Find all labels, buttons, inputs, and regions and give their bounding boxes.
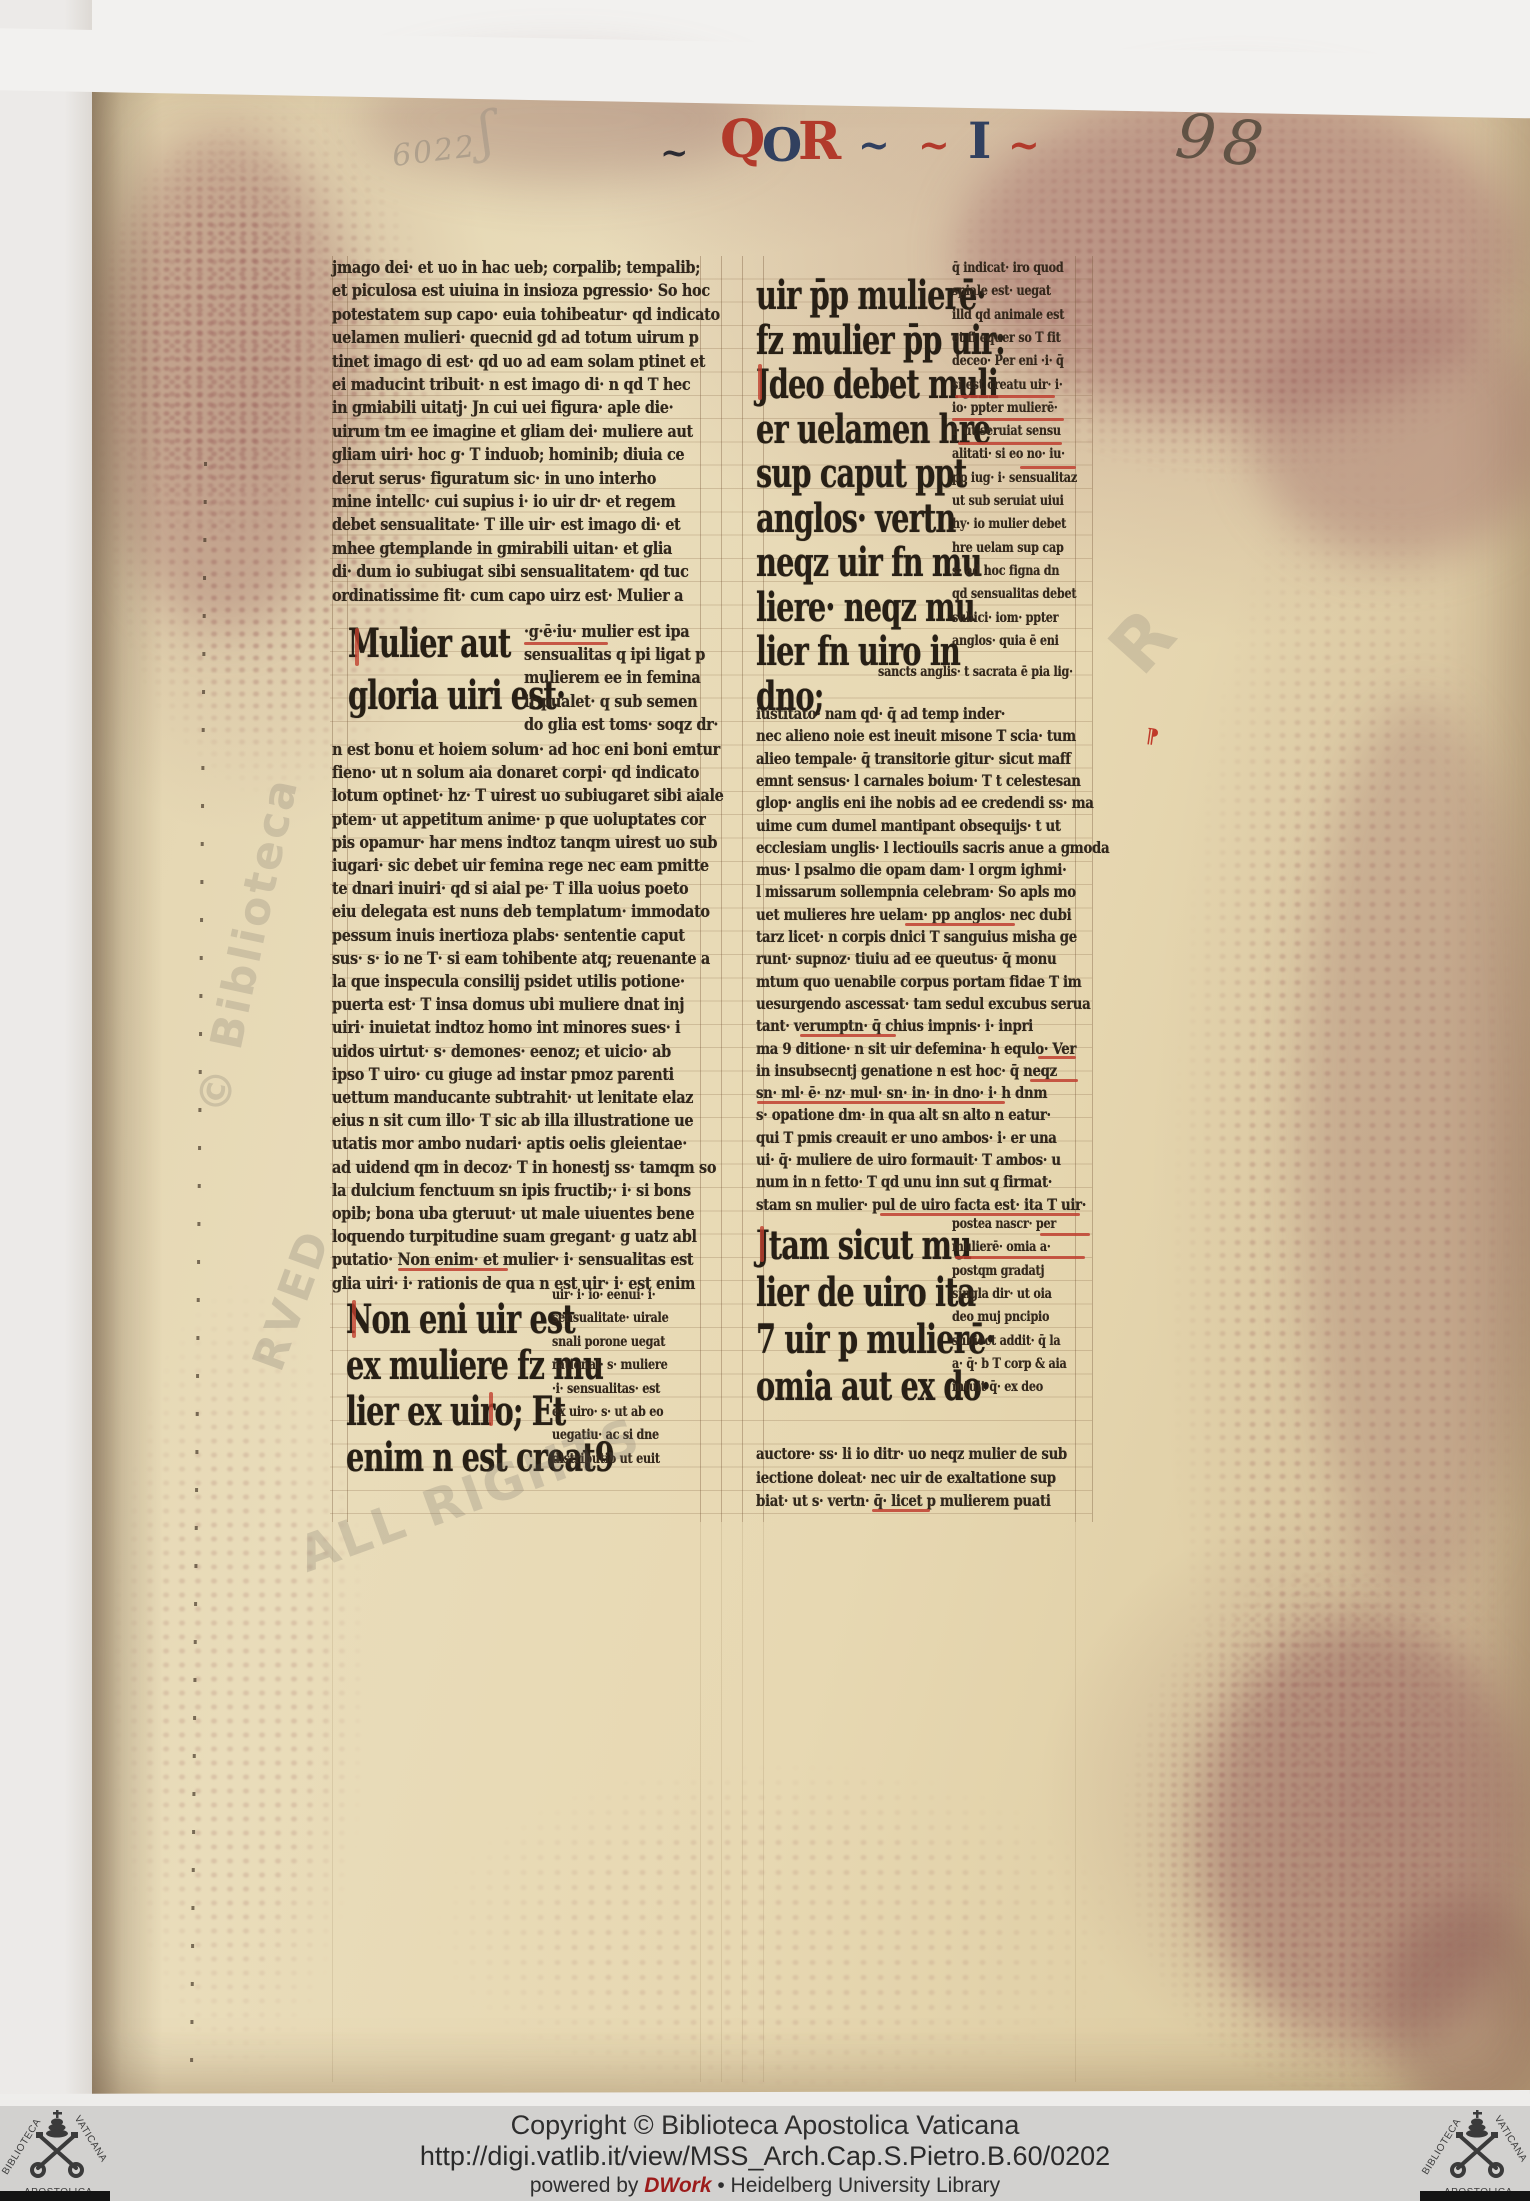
gloss-line: uesurgendo ascessat· tam sedul excubus s… bbox=[756, 994, 1090, 1013]
gloss-line: ecclesiam unglis· l lectiouils sacris an… bbox=[756, 838, 1109, 857]
logo-black-band bbox=[1420, 2191, 1530, 2201]
gloss-line: spiale est· uegat bbox=[952, 283, 1051, 299]
gloss-line: sensualitate· uirale bbox=[552, 1310, 668, 1326]
gloss-line: iectione doleat· nec uir de exaltatione … bbox=[756, 1468, 1056, 1487]
gloss-line: derut serus· figuratum sic· in uno inter… bbox=[332, 469, 656, 489]
vatican-library-logo-right: BIBLIOTECA APOSTOLICA VATICANA bbox=[1420, 2106, 1530, 2201]
running-title-char: Q bbox=[720, 114, 765, 166]
gloss-line: uirum tm ee imagine et gliam dei· mulier… bbox=[332, 422, 693, 442]
gloss-line: pessum inuis inertioza plabs· sententie … bbox=[332, 926, 685, 946]
gloss-line: mus· l psalmo die opam dam· l orgm ighmi… bbox=[756, 860, 1066, 879]
gloss-line: ipso T uiro· cu giuge ad instar pmoz par… bbox=[332, 1065, 674, 1085]
gloss-line: potestatem sup capo· euia tohibeatur· qd… bbox=[332, 305, 720, 325]
vertical-ruling-line bbox=[332, 1522, 333, 2082]
gloss-line: loquendo turpitudine suam gregant· g uat… bbox=[332, 1227, 697, 1247]
vertical-ruling-line bbox=[1092, 256, 1093, 1522]
red-underline bbox=[398, 1268, 508, 1271]
gloss-line: s· ad hoc figna dn bbox=[952, 563, 1059, 579]
gloss-line: q̄ indicat· iro quod bbox=[952, 260, 1064, 276]
logo-text-right: VATICANA bbox=[1492, 2114, 1529, 2164]
gloss-line: postqm gradatj bbox=[952, 1263, 1044, 1279]
gloss-line: snali porone uegat bbox=[552, 1334, 665, 1350]
gloss-line: mulierē· omia a· bbox=[952, 1239, 1051, 1255]
vertical-ruling-line bbox=[742, 256, 743, 1522]
gloss-line: rational· s· muliere bbox=[552, 1357, 667, 1373]
running-title-char: R bbox=[798, 116, 841, 168]
gloss-line: la que inspecula consilij psidet utilis … bbox=[332, 972, 685, 992]
red-initial-accent bbox=[489, 1392, 493, 1426]
gloss-line: glop· anglis eni ihe nobis ad ee credend… bbox=[756, 793, 1094, 812]
vatican-emblem-icon: BIBLIOTECA APOSTOLICA VATICANA bbox=[1420, 2106, 1530, 2201]
red-underline bbox=[800, 1034, 896, 1037]
running-title-char: ~ bbox=[858, 126, 890, 164]
vertical-ruling-line bbox=[700, 256, 701, 1522]
gloss-line: pp iug· i· sensualitaz bbox=[952, 470, 1077, 486]
gloss-line: eius n sit cum illo· T sic ab illa illus… bbox=[332, 1111, 693, 1131]
gloss-line: anglos· quia ē eni bbox=[952, 633, 1059, 649]
vatican-library-logo-left: BIBLIOTECA APOSTOLICA VATICANA bbox=[0, 2106, 110, 2201]
logo-text-right: VATICANA bbox=[72, 2114, 109, 2164]
gloss-line: i· ut seruiat sensu bbox=[952, 423, 1061, 439]
gloss-line: emnt sensus· l carnales boium· T t celes… bbox=[756, 771, 1081, 790]
red-underline bbox=[955, 395, 1055, 398]
gloss-line: do glia est toms· soqz dr· bbox=[524, 715, 718, 735]
gloss-line: a· q̄· b T corp & aia bbox=[952, 1356, 1067, 1372]
gloss-line: si est creatu uir· i· bbox=[952, 377, 1063, 393]
book-gutter-shadow bbox=[88, 60, 162, 2098]
gloss-line: num in n fetto· T qd unu inn sut q firma… bbox=[756, 1172, 1052, 1191]
scanned-manuscript-photo: 6022 ʃ 98 Copyright © Biblioteca Apostol… bbox=[0, 0, 1530, 2201]
gloss-line: intuit q̄· ex deo bbox=[952, 1379, 1043, 1395]
gloss-line: runt· supnoz· tiuiu ad ee queutus· q̄ mo… bbox=[756, 949, 1056, 968]
gloss-line: uime cum dumel mantipant obsequijs· t ut bbox=[756, 816, 1061, 835]
gloss-line: postea nascr· per bbox=[952, 1216, 1056, 1232]
gloss-line: sn· ml· ē· nz· mul· sn· in· in dno· i· h… bbox=[756, 1083, 1047, 1102]
red-initial-accent bbox=[352, 1300, 356, 1338]
vertical-ruling-line bbox=[1075, 1522, 1076, 2082]
gloss-line: sus· s· io ne T· si eam tohibente atq; r… bbox=[332, 949, 710, 969]
vertical-ruling-line bbox=[700, 1522, 701, 2082]
gloss-line: iustitato· nam qd· q̄ ad temp inder· bbox=[756, 704, 1005, 723]
gloss-line: et piculosa est uiuina in insioza pgress… bbox=[332, 281, 710, 301]
powered-by-suffix: • Heidelberg University Library bbox=[712, 2174, 1001, 2197]
gloss-line: n est bonu et hoiem solum· ad hoc eni bo… bbox=[332, 740, 720, 760]
gloss-line: ad uidend qm in decoz· T in honestj ss· … bbox=[332, 1158, 716, 1178]
url-line: http://digi.vatlib.it/view/MSS_Arch.Cap.… bbox=[0, 2141, 1530, 2172]
gloss-line: uelamen mulieri· quecnid gd ad totum uir… bbox=[332, 328, 699, 348]
logo-black-band bbox=[0, 2191, 110, 2201]
red-underline bbox=[1030, 1079, 1078, 1082]
footer-bar: Copyright © Biblioteca Apostolica Vatica… bbox=[0, 2106, 1530, 2201]
gloss-line: opib; bona uba gteruut· ut male uiuentes… bbox=[332, 1204, 694, 1224]
gloss-line: auctore· ss· li io ditr· uo neqz mulier … bbox=[756, 1444, 1067, 1463]
running-title-char: ~ bbox=[660, 136, 689, 170]
gloss-line: ptem· ut appetitum anime· p que uoluptat… bbox=[332, 810, 706, 830]
lemma-line: neqz uir fn mu bbox=[756, 539, 982, 586]
gloss-line: in insubsecntj genatione n est hoc· q̄ n… bbox=[756, 1061, 1057, 1080]
red-underline bbox=[952, 418, 1064, 421]
vertical-ruling-line bbox=[742, 1522, 743, 2082]
vertical-ruling-line bbox=[721, 256, 722, 1522]
gloss-line: sancts anglis· t sacrata ē pia lig· bbox=[878, 664, 1073, 680]
gloss-line: ordinatissime fit· cum capo uirz est· Mu… bbox=[332, 586, 683, 606]
gloss-line: lotum optinet· hz· T uirest uo subiugare… bbox=[332, 786, 724, 806]
lemma-line: anglos· vertn bbox=[756, 495, 955, 542]
gloss-line: debet sensualitate· T ille uir· est imag… bbox=[332, 515, 680, 535]
lemma-line: lier de uiro ita bbox=[756, 1269, 975, 1316]
gloss-line: in gmiabili uitatj· Jn cui uei figura· a… bbox=[332, 398, 673, 418]
gloss-line: di· dum io subiugat sibi sensualitatem· … bbox=[332, 562, 689, 582]
vatican-emblem-icon: BIBLIOTECA APOSTOLICA VATICANA bbox=[0, 2106, 110, 2201]
red-underline bbox=[757, 1101, 1005, 1104]
gloss-line: uet mulieres hre uelam· pp anglos· nec d… bbox=[756, 905, 1071, 924]
gloss-line: ui· q̄· muliere de uiro formauit· T ambo… bbox=[756, 1150, 1061, 1169]
running-title-char: I bbox=[968, 116, 991, 166]
lemma-line: Mulier aut bbox=[348, 620, 510, 667]
red-underline bbox=[524, 642, 608, 645]
red-underline bbox=[872, 1509, 930, 1512]
gloss-line: s· opatione dm· in qua alt sn alto n eat… bbox=[756, 1105, 1051, 1124]
red-underline bbox=[905, 923, 1015, 926]
gloss-line: mhee gtemplande in gmirabili uitan· et g… bbox=[332, 539, 672, 559]
red-underline bbox=[1020, 466, 1076, 469]
gloss-line: ut sub seruiat uiui bbox=[952, 493, 1064, 509]
gloss-line: tinet imago di est· qd uo ad eam solam p… bbox=[332, 352, 705, 372]
lemma-line: sup caput ppt bbox=[756, 450, 966, 497]
red-initial-accent bbox=[355, 628, 359, 666]
gloss-line: subiect addit· q̄ la bbox=[952, 1333, 1060, 1349]
red-underline bbox=[958, 442, 1062, 445]
gloss-line: ·g·ē·iu· mulier est ipa bbox=[524, 622, 689, 642]
red-underline bbox=[955, 1256, 1085, 1259]
gloss-line: la dulcium fenctuum sn ipis fructib;· i·… bbox=[332, 1181, 691, 1201]
gloss-line: mtum quo uenabile corpus portam fidae T … bbox=[756, 972, 1081, 991]
gloss-line: gliam uiri· hoc g· T induob; hominib; di… bbox=[332, 445, 684, 465]
gloss-line: singla dir· ut oia bbox=[952, 1286, 1052, 1302]
running-title-char: ~ bbox=[918, 126, 950, 164]
gloss-line: uettum manducante subtrahit· ut lenitate… bbox=[332, 1088, 693, 1108]
speckle-texture bbox=[1120, 1560, 1530, 2100]
dwork-brand: DWork bbox=[644, 2174, 711, 2197]
running-title-char: O bbox=[762, 122, 802, 168]
powered-by-line: powered by DWork • Heidelberg University… bbox=[0, 2174, 1530, 2198]
gloss-line: illd qd animale est bbox=[952, 307, 1064, 323]
gloss-line: jmago dei· et uo in hac ueb; corpalib; t… bbox=[332, 258, 700, 278]
vertical-ruling-line bbox=[763, 1522, 764, 2082]
gloss-line: uidos uirtut· s· demones· eenoz; et uici… bbox=[332, 1042, 671, 1062]
folio-number: 98 bbox=[1172, 98, 1275, 182]
gloss-line: deo muj pncipio bbox=[952, 1309, 1049, 1325]
red-initial-accent bbox=[760, 1226, 764, 1262]
red-underline bbox=[880, 1213, 1080, 1216]
gloss-line: qd sensualitas debet bbox=[952, 586, 1076, 602]
scan-backing-left bbox=[0, 0, 92, 2106]
gloss-line: pis opamur· har mens indtoz tanqm uirest… bbox=[332, 833, 717, 853]
gloss-line: nec alieno noie est ineuit misone T scia… bbox=[756, 726, 1076, 745]
gloss-line: ·i· sensualitas· est bbox=[552, 1381, 660, 1397]
lemma-line: liere· neqz mu bbox=[756, 584, 975, 631]
copyright-line: Copyright © Biblioteca Apostolica Vatica… bbox=[0, 2110, 1530, 2141]
gloss-line: alitati· si eo no· iu· bbox=[952, 446, 1065, 462]
gloss-line: puerta est· T insa domus ubi muliere dna… bbox=[332, 995, 684, 1015]
gloss-line: mulierem ee in femina bbox=[524, 668, 700, 688]
gloss-line: l missarum sollempnia celebram· So apls … bbox=[756, 882, 1076, 901]
red-underline bbox=[1038, 1056, 1076, 1059]
red-underline bbox=[1040, 1233, 1090, 1236]
running-title-char: ~ bbox=[1008, 126, 1040, 164]
gloss-line: subici· iom· ppter bbox=[952, 610, 1058, 626]
gloss-line: hy· io mulier debet bbox=[952, 516, 1066, 532]
gloss-line: utatis mor ambo nudari· aptis oelis glei… bbox=[332, 1134, 687, 1154]
gloss-line: tant· verumptn· q̄ chius impnis· i· inpr… bbox=[756, 1016, 1033, 1035]
gloss-line: iugari· sic debet uir femina rege nec ea… bbox=[332, 856, 709, 876]
speckle-texture bbox=[430, 1760, 1130, 2100]
gloss-line: hre uelam sup cap bbox=[952, 540, 1064, 556]
gloss-line: eiu delegata est nuns deb templatum· imm… bbox=[332, 902, 710, 922]
gloss-line: et fi equer so T fit bbox=[952, 330, 1061, 346]
gloss-line: qui T pmis creauit er uno ambos· i· er u… bbox=[756, 1128, 1057, 1147]
gloss-line: ei maducint tribuit· n est imago di· n q… bbox=[332, 375, 690, 395]
gloss-line: ma 9 ditione· n sit uir defemina· h equl… bbox=[756, 1039, 1076, 1058]
gloss-line: mine intellc· cui supius i· io uir dr· e… bbox=[332, 492, 675, 512]
gloss-line: tarz licet· n corpis dnici T sanguius mi… bbox=[756, 927, 1077, 946]
gloss-line: biat· ut s· vertn· q̄· licet p mulierem … bbox=[756, 1491, 1051, 1510]
powered-by-prefix: powered by bbox=[530, 2174, 644, 2197]
gloss-line: putatio· Non enim· et mulier· i· sensual… bbox=[332, 1250, 693, 1270]
gloss-line: sensualitas q ipi ligat p bbox=[524, 645, 705, 665]
gloss-line: te dnari inuiri· qd si aial pe· T illa u… bbox=[332, 879, 688, 899]
lemma-line: lier ex uiro; Et bbox=[346, 1388, 565, 1435]
gloss-line: io· ppter mulierē· bbox=[952, 400, 1058, 416]
gloss-line: ir pualet· q sub semen bbox=[524, 692, 697, 712]
gloss-line: alieo tempale· q̄ transitorie gitur· sic… bbox=[756, 749, 1071, 768]
gloss-line: stam sn mulier· pul de uiro facta est· i… bbox=[756, 1195, 1086, 1214]
gloss-line: uiri· inuietat indtoz homo int minores s… bbox=[332, 1018, 680, 1038]
vertical-ruling-line bbox=[721, 1522, 722, 2082]
gloss-line: fieno· ut n solum aia donaret corpi· qd … bbox=[332, 763, 699, 783]
gloss-line: deceo· Per eni ·i· q̄ bbox=[952, 353, 1064, 369]
lemma-line: Non eni uir est bbox=[346, 1296, 575, 1343]
gloss-line: uir· i· io· eenui· i· bbox=[552, 1287, 655, 1303]
red-initial-accent bbox=[758, 364, 762, 400]
lemma-line: Jtam sicut mu bbox=[756, 1222, 971, 1269]
